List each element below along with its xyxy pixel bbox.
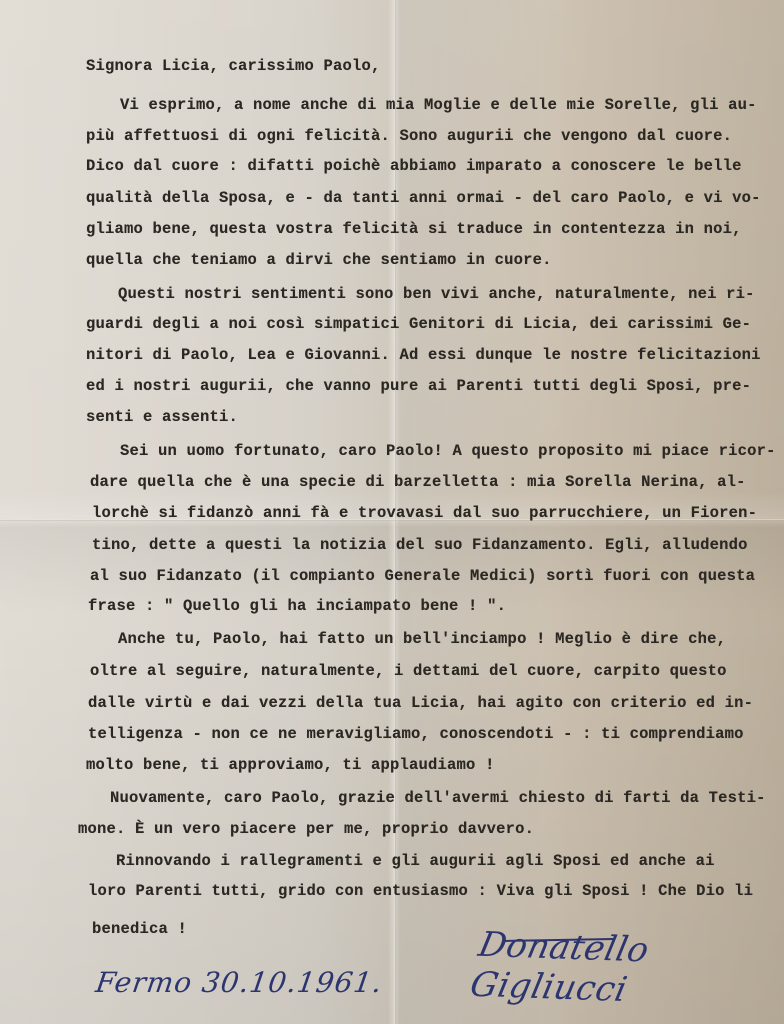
body-line: dare quella che è una specie di barzelle… — [90, 473, 746, 491]
body-line: benedica ! — [92, 920, 187, 938]
body-line: dalle virtù e dai vezzi della tua Licia,… — [88, 694, 753, 712]
body-line: al suo Fidanzato (il compianto Generale … — [90, 567, 755, 585]
body-line: Nuovamente, caro Paolo, grazie dell'aver… — [110, 789, 766, 807]
body-line: telligenza - non ce ne meravigliamo, con… — [88, 725, 744, 743]
body-line: frase : " Quello gli ha inciampato bene … — [88, 597, 506, 615]
body-line: Rinnovando i rallegramenti e gli augurii… — [116, 852, 715, 870]
handwritten-place-date: Fermo 30.10.1961. — [94, 966, 385, 999]
salutation: Signora Licia, carissimo Paolo, — [86, 57, 381, 75]
body-line: nitori di Paolo, Lea e Giovanni. Ad essi… — [86, 346, 761, 364]
body-line: loro Parenti tutti, grido con entusiasmo… — [88, 882, 753, 900]
body-line: senti e assenti. — [86, 408, 238, 426]
body-line: molto bene, ti approviamo, ti applaudiam… — [86, 756, 495, 774]
body-line: più affettuosi di ogni felicità. Sono au… — [86, 127, 732, 145]
body-line: tino, dette a questi la notizia del suo … — [92, 536, 748, 554]
body-line: Questi nostri sentimenti sono ben vivi a… — [118, 285, 755, 303]
handwritten-signature: Donatello Gigliucci — [467, 925, 784, 1016]
body-line: Dico dal cuore : difatti poichè abbiamo … — [86, 157, 742, 175]
body-line: oltre al seguire, naturalmente, i dettam… — [90, 662, 727, 680]
body-line: mone. È un vero piacere per me, proprio … — [78, 820, 534, 838]
body-line: quella che teniamo a dirvi che sentiamo … — [86, 251, 552, 269]
body-line: Anche tu, Paolo, hai fatto un bell'incia… — [118, 630, 726, 648]
body-line: ed i nostri augurii, che vanno pure ai P… — [86, 377, 751, 395]
body-line: lorchè si fidanzò anni fà e trovavasi da… — [92, 504, 757, 522]
body-line: qualità della Sposa, e - da tanti anni o… — [86, 189, 761, 207]
body-line: guardi degli a noi così simpatici Genito… — [86, 315, 751, 333]
body-line: Vi esprimo, a nome anche di mia Moglie e… — [120, 96, 757, 114]
body-line: gliamo bene, questa vostra felicità si t… — [86, 220, 742, 238]
body-line: Sei un uomo fortunato, caro Paolo! A que… — [120, 442, 776, 460]
